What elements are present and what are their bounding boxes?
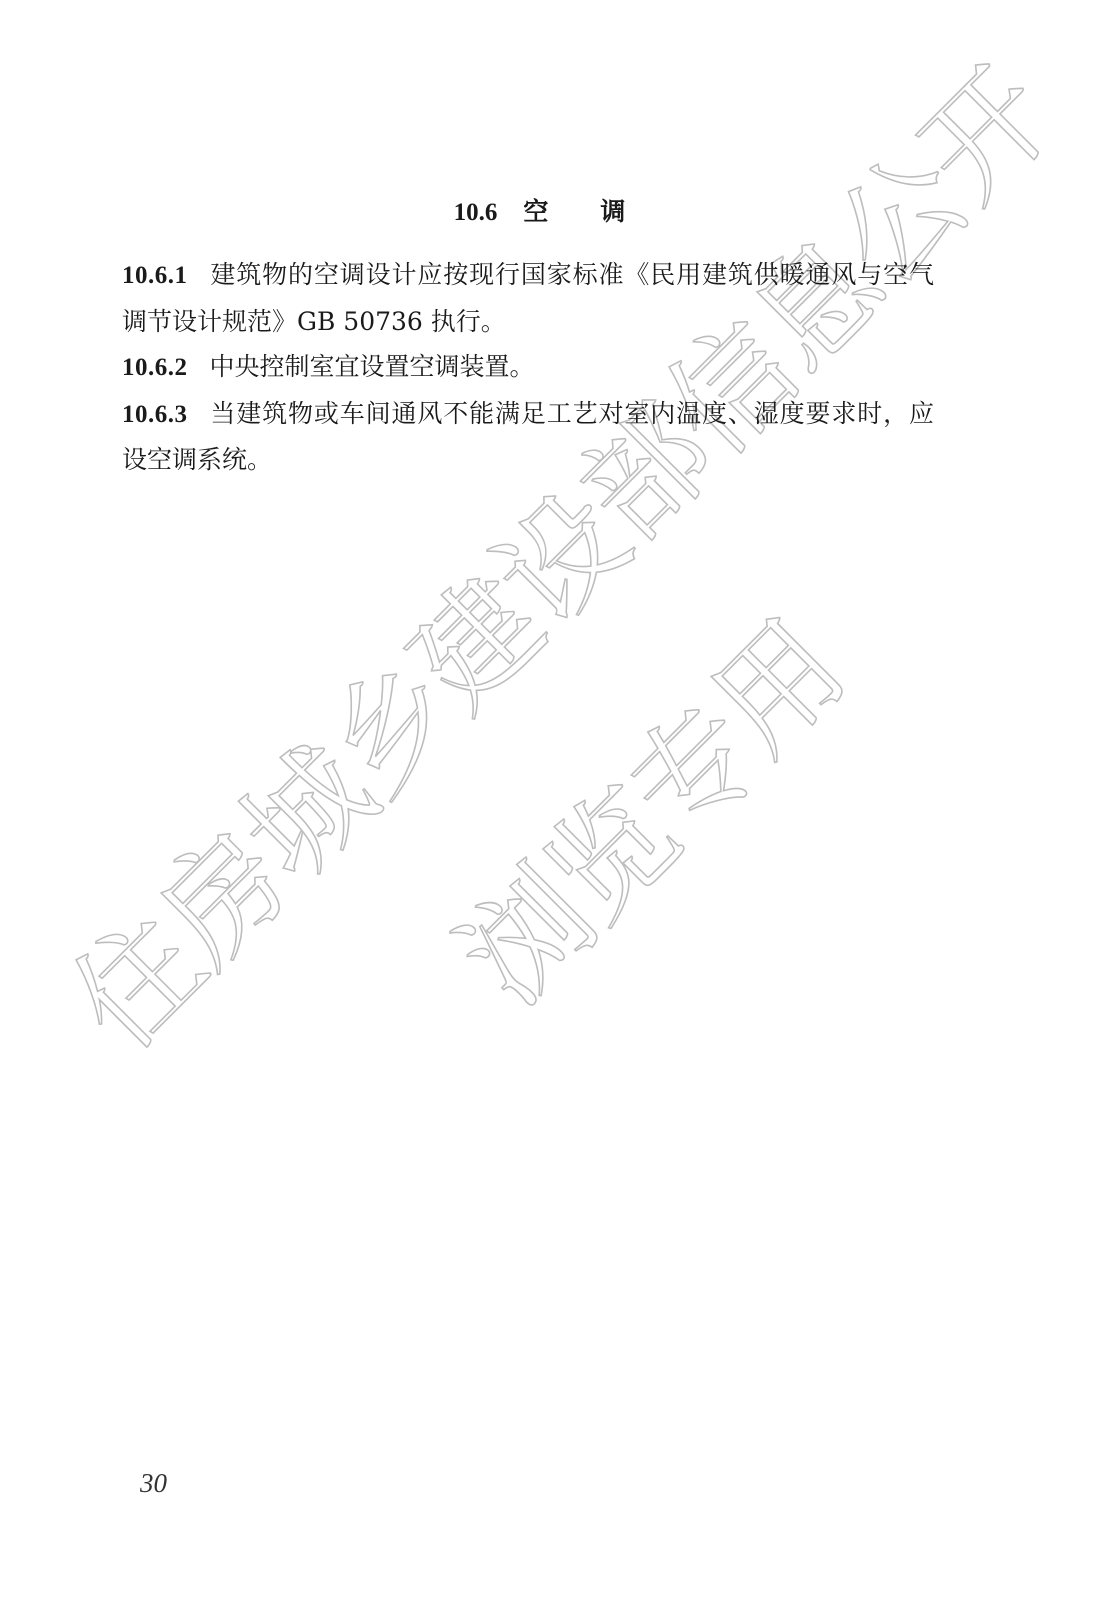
watermark-line-2: 浏览专用 xyxy=(416,578,873,1035)
section-heading: 10.6空调 xyxy=(0,192,1091,228)
clause-text: 中央控制室宜设置空调装置。 xyxy=(210,352,535,381)
clause-10-6-2: 10.6.2中央控制室宜设置空调装置。 xyxy=(122,344,934,391)
page-number: 30 xyxy=(140,1468,167,1499)
clause-text: 建筑物的空调设计应按现行国家标准《民用建筑供暖通风与空气调节设计规范》GB 50… xyxy=(122,260,934,336)
clause-list: 10.6.1建筑物的空调设计应按现行国家标准《民用建筑供暖通风与空气调节设计规范… xyxy=(122,252,934,483)
section-number: 10.6 xyxy=(454,199,498,226)
document-page: 住房城乡建设部信息公开 浏览专用 10.6空调 10.6.1建筑物的空调设计应按… xyxy=(0,0,1103,1597)
section-title-char-1: 空 xyxy=(523,197,548,226)
clause-number: 10.6.2 xyxy=(122,354,188,381)
clause-10-6-1: 10.6.1建筑物的空调设计应按现行国家标准《民用建筑供暖通风与空气调节设计规范… xyxy=(122,252,934,344)
clause-text: 当建筑物或车间通风不能满足工艺对室内温度、湿度要求时，应设空调系统。 xyxy=(122,399,934,475)
watermark-line-1: 住房城乡建设部信息公开 xyxy=(26,23,1083,1080)
clause-10-6-3: 10.6.3当建筑物或车间通风不能满足工艺对室内温度、湿度要求时，应设空调系统。 xyxy=(122,391,934,483)
clause-number: 10.6.1 xyxy=(122,262,188,289)
clause-number: 10.6.3 xyxy=(122,401,188,428)
section-title-char-2: 调 xyxy=(600,197,625,226)
